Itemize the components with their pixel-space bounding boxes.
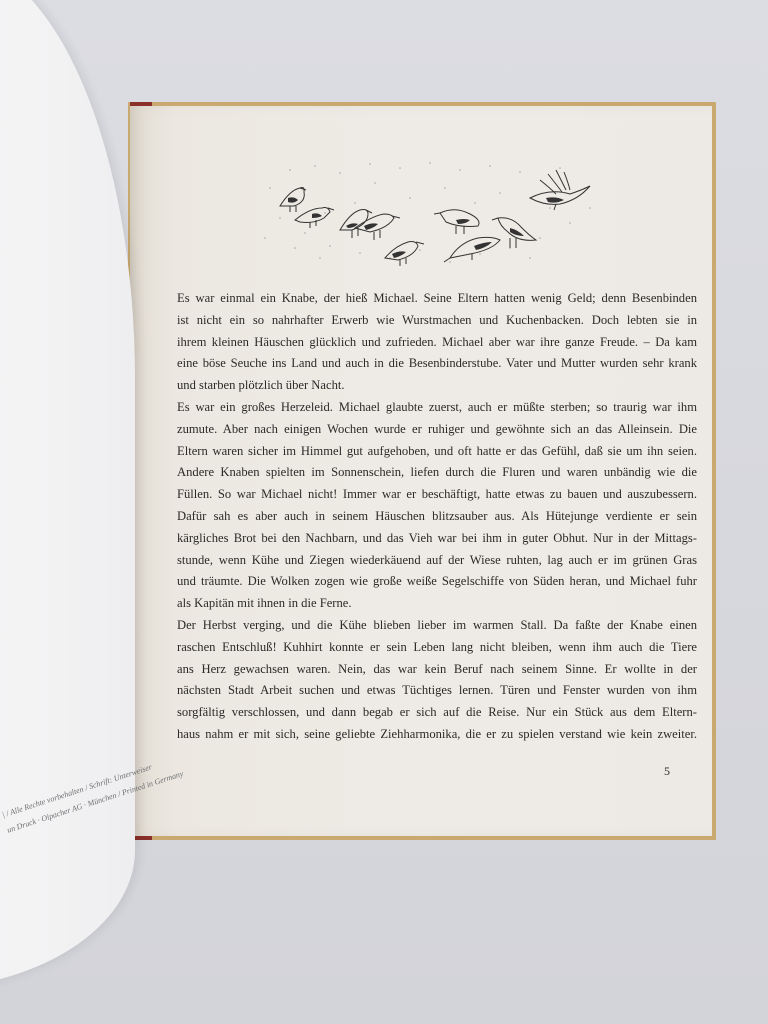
text-line: kärgliches Brot bei den Nachbarn, und da… <box>177 528 697 550</box>
crows-illustration <box>260 158 600 270</box>
text-line: und starben plötzlich über Nacht. <box>177 375 697 397</box>
text-line: raschen Entschluß! Kuhhirt konnte er sei… <box>177 637 697 659</box>
paragraph-2: Es war ein großes Herzeleid. Michael gla… <box>177 397 697 615</box>
text-line: Andere Knaben spielten im Sonnenschein, … <box>177 462 697 484</box>
text-line: sorgfältig verschlossen, und dann begab … <box>177 702 697 724</box>
text-line: ist nicht ein so nahrhafter Erwerb wie W… <box>177 310 697 332</box>
text-line: eine böse Seuche ins Land und auch in di… <box>177 353 697 375</box>
text-line: als Kapitän mit ihnen in die Ferne. <box>177 593 697 615</box>
page-number: 5 <box>664 764 670 779</box>
text-line: Eltern waren sicher im Himmel gut aufgeh… <box>177 441 697 463</box>
text-line: Dafür sah es aber auch in seinem Häusche… <box>177 506 697 528</box>
text-line: stunde, wenn Kühe und Ziegen wiederkäuen… <box>177 550 697 572</box>
left-page[interactable] <box>0 0 135 990</box>
paragraph-1: Es war einmal ein Knabe, der hieß Michae… <box>177 288 697 397</box>
text-line: ans Herz gewachsen waren. Nein, das war … <box>177 659 697 681</box>
text-line: nächsten Stadt Arbeit suchen und etwas T… <box>177 680 697 702</box>
text-line: Es war ein großes Herzeleid. Michael gla… <box>177 397 697 419</box>
text-line: zumute. Aber nach einigen Wochen wurde e… <box>177 419 697 441</box>
paragraph-3: Der Herbst verging, und die Kühe blieben… <box>177 615 697 746</box>
text-line: und träumte. Die Wolken zogen wie große … <box>177 571 697 593</box>
text-line: Der Herbst verging, und die Kühe blieben… <box>177 615 697 637</box>
text-line: haus nahm er mit sich, seine geliebte Zi… <box>177 724 697 746</box>
text-line: ihrem kleinen Häuschen glücklich und zuf… <box>177 332 697 354</box>
text-line: Es war einmal ein Knabe, der hieß Michae… <box>177 288 697 310</box>
text-line: Füllen. So war Michael nicht! Immer war … <box>177 484 697 506</box>
story-text: Es war einmal ein Knabe, der hieß Michae… <box>177 288 697 746</box>
